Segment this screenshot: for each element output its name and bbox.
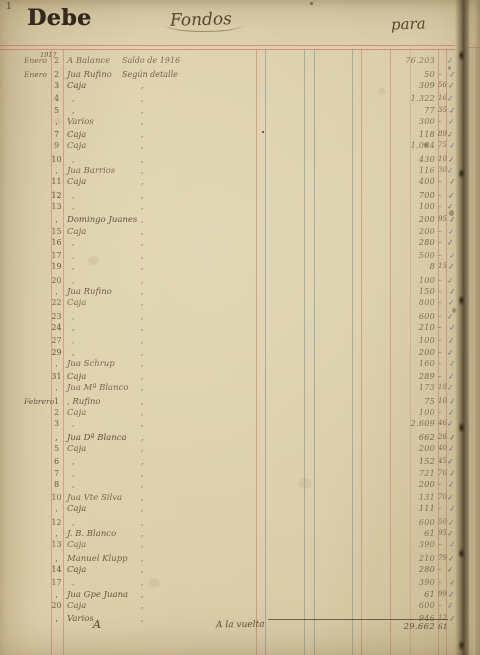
entry-detail: , [141, 202, 221, 211]
entry-detail: , [141, 444, 221, 453]
entry-detail: , [141, 504, 221, 513]
entry-day: , [50, 215, 63, 224]
entry-day: 3 [50, 419, 63, 428]
entry-detail: , [141, 323, 221, 332]
ledger-row: 2Caja,100–✓ [0, 408, 456, 420]
next-page-rule-h [469, 47, 480, 48]
ledger-row: 19,,815✓ [0, 262, 456, 274]
entry-amount-pesos: 210 [383, 554, 435, 563]
foxing-spot [378, 88, 386, 95]
entry-amount-pesos: 400 [383, 177, 435, 186]
entry-detail: , [141, 312, 221, 321]
entry-amount-pesos: 210 [383, 323, 435, 332]
ledger-row: 17,,390–✓ [0, 578, 456, 590]
entry-detail: , [141, 457, 221, 466]
entry-detail: , [141, 287, 221, 296]
entry-amount-pesos: 309 [383, 81, 435, 90]
entry-detail: , [141, 81, 221, 90]
entry-detail: , [141, 336, 221, 345]
ledger-row: 14Caja,280–✓ [0, 565, 456, 577]
ledger-row: ,Manuel Klupp,21079✓ [0, 554, 456, 566]
entry-detail: , [141, 372, 221, 381]
entry-detail: , [141, 276, 221, 285]
entry-day: , [50, 433, 63, 442]
ledger-row: ,Jua Rufino,150–✓ [0, 287, 456, 299]
entry-amount-pesos: 430 [383, 155, 435, 164]
entry-amount-cents: 76 [438, 469, 448, 477]
entry-detail: , [141, 590, 221, 599]
binding-stitch [458, 50, 465, 61]
entry-day: 5 [50, 444, 63, 453]
entry-day: , [50, 554, 63, 563]
entry-detail: , [141, 419, 221, 428]
ledger-row: 6,,15245✓ [0, 457, 456, 469]
entry-amount-cents: 10 [438, 397, 448, 405]
entry-day: 17 [50, 578, 63, 587]
entry-amount-cents: – [438, 359, 448, 367]
entry-amount-cents: – [438, 287, 448, 295]
entry-amount-cents: – [438, 251, 448, 259]
ledger-row: 3Caja,30956✓ [0, 81, 456, 93]
entry-day: 14 [50, 565, 63, 574]
ledger-row: 24,,210–✓ [0, 323, 456, 335]
entry-day: 13 [50, 202, 63, 211]
entry-day: 6 [50, 457, 63, 466]
entry-day: 31 [50, 372, 63, 381]
stain-spot [452, 308, 456, 313]
entry-detail: , [141, 251, 221, 260]
entry-day: 1 [50, 397, 63, 406]
entry-amount-cents: 15 [438, 262, 448, 270]
entry-day: , [50, 287, 63, 296]
binding-stitch [458, 640, 465, 651]
ledger-row: Febrero1, Rufino,7510✓ [0, 397, 456, 409]
entry-day: , [50, 359, 63, 368]
entry-amount-pesos: 700 [383, 191, 435, 200]
binding-stitch [458, 168, 465, 179]
entry-day: 12 [50, 191, 63, 200]
total-amount-pesos: 29.662 [383, 622, 435, 632]
entry-day: 27 [50, 336, 63, 345]
entry-amount-pesos: 160 [383, 359, 435, 368]
entry-amount-pesos: 116 [383, 166, 435, 175]
foxing-spot [298, 478, 312, 489]
footer-flourish-mark: A [93, 618, 101, 631]
entry-day: , [50, 504, 63, 513]
entry-day: 2 [50, 70, 63, 79]
entry-day: 10 [50, 155, 63, 164]
entry-amount-pesos: 800 [383, 298, 435, 307]
entry-amount-pesos: 1.322 [383, 94, 435, 103]
entry-amount-pesos: 61 [383, 529, 435, 538]
ledger-row: 11Caja,400–✓ [0, 177, 456, 189]
foxing-spot [54, 118, 62, 125]
entry-amount-pesos: 100 [383, 408, 435, 417]
entry-amount-pesos: 75 [383, 397, 435, 406]
entry-amount-pesos: 390 [383, 578, 435, 587]
entry-day: 11 [50, 177, 63, 186]
entry-amount-pesos: 200 [383, 480, 435, 489]
ledger-row: ,Domingo Juanes,20095✓ [0, 215, 456, 227]
ink-speck [310, 2, 313, 5]
ledger-row: 17,,500–✓ [0, 251, 456, 263]
entry-day: 13 [50, 540, 63, 549]
entry-amount-pesos: 150 [383, 287, 435, 296]
entry-detail: , [141, 601, 221, 610]
entry-detail: , [141, 130, 221, 139]
header-rule-bottom [0, 49, 455, 50]
ledger-row: ,Jua Schrup,160–✓ [0, 359, 456, 371]
foxing-spot [148, 578, 160, 588]
ledger-row: 5Caja,20040✓ [0, 444, 456, 456]
entry-amount-pesos: 76.203 [383, 56, 435, 65]
binding-stitch [458, 548, 465, 559]
ledger-row: 23,,600–✓ [0, 312, 456, 324]
entry-day: 16 [50, 238, 63, 247]
entry-amount-cents: – [438, 540, 448, 548]
entry-detail: , [141, 348, 221, 357]
entry-detail: , [141, 397, 221, 406]
header-rule-top [0, 45, 455, 46]
entry-day: 19 [50, 262, 63, 271]
entry-detail: , [141, 614, 221, 623]
entry-day: , [50, 590, 63, 599]
ledger-row: 5,,7735✓ [0, 106, 456, 118]
entry-detail: , [141, 106, 221, 115]
entry-detail: , [141, 141, 221, 150]
ledger-row: 3,,2.60946✓ [0, 419, 456, 431]
entry-day: , [50, 529, 63, 538]
ledger-row: 20,,100–✓ [0, 276, 456, 288]
ledger-row: 12,,60050✓ [0, 518, 456, 530]
entry-amount-pesos: 200 [383, 348, 435, 357]
entry-amount-cents: 75 [438, 141, 448, 149]
binding-stitch [458, 295, 465, 306]
entry-day: 12 [50, 518, 63, 527]
entry-amount-pesos: 600 [383, 312, 435, 321]
ledger-row: 22Caja,800–✓ [0, 298, 456, 310]
entry-detail: , [141, 94, 221, 103]
entry-amount-cents: 35 [438, 106, 448, 114]
entry-detail: , [141, 433, 221, 442]
entry-amount-cents: – [438, 70, 448, 78]
para-label: para [391, 14, 426, 33]
title-flourish [165, 13, 243, 32]
entry-amount-cents: – [438, 578, 448, 586]
entry-detail: , [141, 540, 221, 549]
entry-detail: , [141, 166, 221, 175]
entry-day: 2 [50, 56, 63, 65]
ledger-row: 29,,200–✓ [0, 348, 456, 360]
ink-speck [262, 131, 264, 133]
ledger-row: 31Caja,289–✓ [0, 372, 456, 384]
entry-amount-pesos: 390 [383, 540, 435, 549]
entry-detail: , [141, 262, 221, 271]
ledger-row: ,Varios,300–✓ [0, 117, 456, 129]
entry-day: 5 [50, 106, 63, 115]
entry-day: 22 [50, 298, 63, 307]
ledger-row: 10,,43010✓ [0, 155, 456, 167]
entry-amount-cents: – [438, 504, 448, 512]
ledger-row: 13Caja,390–✓ [0, 540, 456, 552]
ledger-row: 9Caja,1.08475✓ [0, 141, 456, 153]
ledger-row: ,Jua Mª Blanco,17318✓ [0, 383, 456, 395]
ledger-row: ,Jua Barrios,11630✓ [0, 166, 456, 178]
ledger-row: 10Jua Vte Silva,13170✓ [0, 493, 456, 505]
ledger-row: 16,,280–✓ [0, 238, 456, 250]
stain-spot [449, 210, 454, 216]
entry-amount-pesos: 200 [383, 227, 435, 236]
entry-amount-pesos: 152 [383, 457, 435, 466]
entry-amount-pesos: 131 [383, 493, 435, 502]
entry-amount-pesos: 2.609 [383, 419, 435, 428]
entry-amount-pesos: 118 [383, 130, 435, 139]
entry-amount-pesos: 280 [383, 565, 435, 574]
entry-day: 20 [50, 276, 63, 285]
entry-detail: , [141, 565, 221, 574]
entry-amount-cents: – [438, 323, 448, 331]
entry-amount-pesos: 100 [383, 336, 435, 345]
entry-detail: , [141, 518, 221, 527]
entry-amount-pesos: 600 [383, 518, 435, 527]
entry-amount-pesos: 289 [383, 372, 435, 381]
entry-amount-pesos: 662 [383, 433, 435, 442]
entry-day: 7 [50, 469, 63, 478]
entry-day: , [50, 614, 63, 623]
entry-amount-pesos: 173 [383, 383, 435, 392]
ledger-row: 20Caja,600–✓ [0, 601, 456, 613]
entry-day: 2 [50, 408, 63, 417]
ledger-row: ,Caja,111–✓ [0, 504, 456, 516]
entry-amount-pesos: 600 [383, 601, 435, 610]
carry-forward-label: A la vuelta [216, 620, 265, 631]
entry-detail: , [141, 177, 221, 186]
debit-column-title: Debe [27, 5, 91, 31]
ledger-row: 8,,200–✓ [0, 480, 456, 492]
entry-detail: Saldo de 1916 [122, 56, 202, 65]
entry-day: 7 [50, 130, 63, 139]
entry-amount-pesos: 200 [383, 215, 435, 224]
entry-amount-cents: – [438, 177, 448, 185]
ledger-page: 1 Debe Fondos para 1917 Enero2A BalanceS… [0, 0, 480, 655]
entry-detail: , [141, 227, 221, 236]
ledger-row: 7Caja,11889✓ [0, 130, 456, 142]
entry-amount-pesos: 100 [383, 202, 435, 211]
entry-day: 24 [50, 323, 63, 332]
entry-day: 23 [50, 312, 63, 321]
entry-day: 20 [50, 601, 63, 610]
total-amount-cents: 61 [438, 622, 448, 631]
entry-amount-cents: 26 [438, 433, 448, 441]
entry-detail: , [141, 215, 221, 224]
entry-amount-pesos: 111 [383, 504, 435, 513]
entry-detail: , [141, 480, 221, 489]
entry-detail: , [141, 493, 221, 502]
entry-detail: , [141, 469, 221, 478]
ledger-row: Enero2A BalanceSaldo de 191676.203✓ [0, 56, 456, 68]
entry-day: 15 [50, 227, 63, 236]
entry-day: 8 [50, 480, 63, 489]
entry-detail: , [141, 298, 221, 307]
entry-day: 29 [50, 348, 63, 357]
stain-spot [424, 143, 428, 147]
entry-amount-pesos: 100 [383, 276, 435, 285]
ledger-row: 13,,100–✓ [0, 202, 456, 214]
total-rule [268, 619, 448, 620]
entry-detail: , [141, 191, 221, 200]
foxing-spot [88, 256, 99, 265]
ledger-row: Enero2Jua RufinoSegún detalle50–✓ [0, 70, 456, 82]
next-page-rule-v [476, 47, 477, 655]
ledger-row: 15Caja,200–✓ [0, 227, 456, 239]
entry-detail: , [141, 529, 221, 538]
entry-detail: , [141, 554, 221, 563]
entry-amount-pesos: 50 [383, 70, 435, 79]
ledger-row: 27,,100–✓ [0, 336, 456, 348]
entry-amount-pesos: 8 [383, 262, 435, 271]
ledger-row: ,Jua Dª Blanca,66226✓ [0, 433, 456, 445]
entry-day: 10 [50, 493, 63, 502]
entry-detail: , [141, 408, 221, 417]
entry-amount-pesos: 280 [383, 238, 435, 247]
binding-stitch [458, 422, 465, 433]
ledger-row: ,Jua Gpe Juana,6199✓ [0, 590, 456, 602]
entry-amount-pesos: 61 [383, 590, 435, 599]
entry-detail: , [141, 359, 221, 368]
entry-amount-cents: 95 [438, 215, 448, 223]
entry-day: 9 [50, 141, 63, 150]
entry-amount-cents: – [438, 298, 448, 306]
entry-amount-pesos: 500 [383, 251, 435, 260]
ledger-row: 12,,700–✓ [0, 191, 456, 203]
entry-detail: , [141, 155, 221, 164]
entry-detail: , [141, 238, 221, 247]
entry-day: 3 [50, 81, 63, 90]
entry-day: , [50, 166, 63, 175]
entry-amount-pesos: 721 [383, 469, 435, 478]
entry-day: , [50, 383, 63, 392]
entry-detail: , [141, 117, 221, 126]
entry-detail: Según detalle [122, 70, 202, 79]
entry-day: 4 [50, 94, 63, 103]
next-page-edge [469, 0, 480, 655]
entry-amount-pesos: 300 [383, 117, 435, 126]
stain-spot [448, 66, 451, 70]
ledger-row: 4,,1.32216✓ [0, 94, 456, 106]
page-number: 1 [6, 2, 12, 12]
ledger-row: ,J. B. Blanco,6195✓ [0, 529, 456, 541]
ledger-row: 7,,72176✓ [0, 469, 456, 481]
entry-day: 17 [50, 251, 63, 260]
entry-amount-pesos: 200 [383, 444, 435, 453]
entry-detail: , [141, 383, 221, 392]
entry-amount-pesos: 77 [383, 106, 435, 115]
